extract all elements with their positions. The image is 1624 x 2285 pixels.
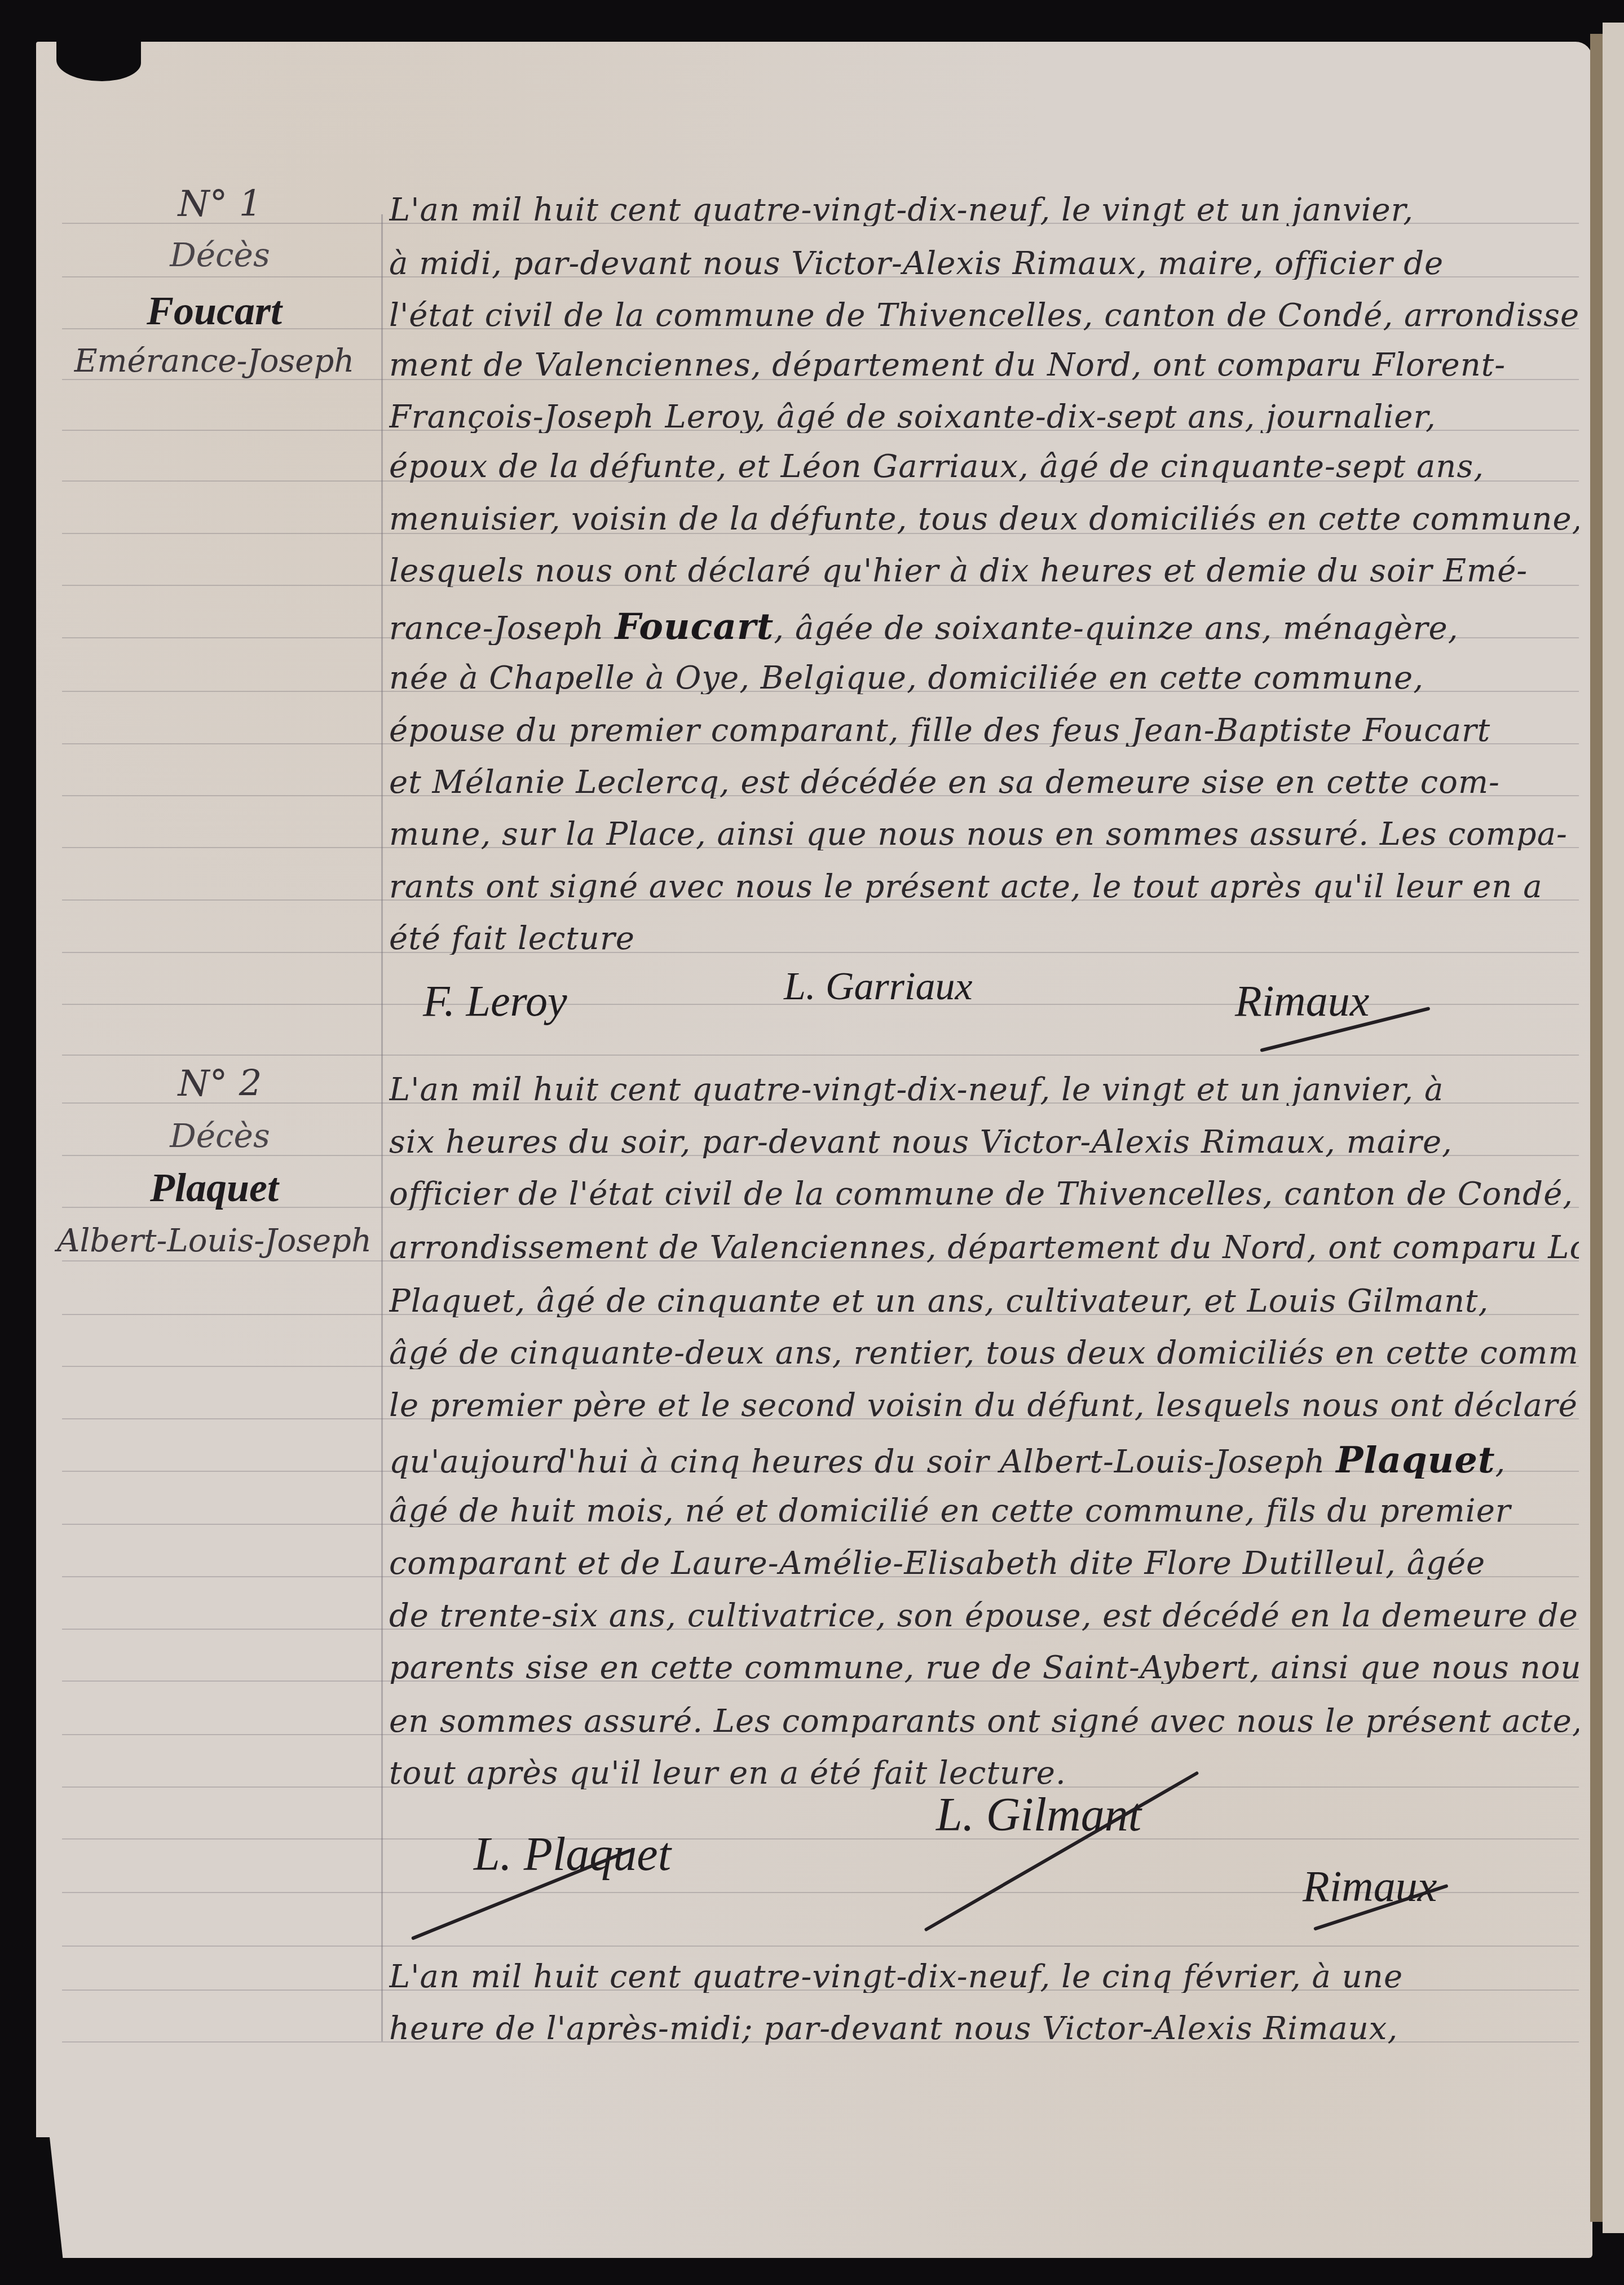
entry-1-line: née à Chapelle à Oye, Belgique, domicili… bbox=[389, 663, 1579, 694]
entry-1-line: menuisier, voisin de la défunte, tous de… bbox=[389, 504, 1579, 535]
entry-1-surname: Foucart bbox=[90, 288, 338, 334]
entry-2-line: six heures du soir, par-devant nous Vict… bbox=[389, 1127, 1579, 1158]
entry-2-surname: Plaquet bbox=[90, 1164, 338, 1211]
entry-2-line: âgé de huit mois, né et domicilié en cet… bbox=[389, 1496, 1579, 1527]
signature-rimaux: Rimaux bbox=[1235, 976, 1369, 1026]
entry-2-line: tout après qu'il leur en a été fait lect… bbox=[389, 1758, 1579, 1789]
entry-1-given-names: Emérance-Joseph bbox=[56, 343, 372, 380]
entry-1-line: lesquels nous ont déclaré qu'hier à dix … bbox=[389, 555, 1579, 587]
entry-3-line: L'an mil huit cent quatre-vingt-dix-neuf… bbox=[389, 1961, 1579, 1993]
entry-2-line: L'an mil huit cent quatre-vingt-dix-neuf… bbox=[389, 1074, 1579, 1106]
entry-2-line: en sommes assuré. Les comparants ont sig… bbox=[389, 1706, 1579, 1737]
signature-garriaux: L. Garriaux bbox=[784, 964, 972, 1009]
entry-2-line: Plaquet, âgé de cinquante et un ans, cul… bbox=[389, 1286, 1579, 1317]
signature-leroy: F. Leroy bbox=[423, 976, 567, 1026]
line-text: rance-Joseph bbox=[389, 610, 615, 645]
entry-1-line: époux de la défunte, et Léon Garriaux, â… bbox=[389, 451, 1579, 483]
entry-1-line: mune, sur la Place, ainsi que nous nous … bbox=[389, 819, 1579, 850]
entry-1-number: N° 1 bbox=[135, 183, 304, 225]
ruled-line bbox=[62, 1946, 1579, 1947]
signature-gilmant: L. Gilmant bbox=[936, 1788, 1141, 1842]
entry-1-line: été fait lecture bbox=[389, 923, 1579, 955]
inline-surname: Plaquet bbox=[1336, 1443, 1495, 1479]
entry-1-line: épouse du premier comparant, fille des f… bbox=[389, 715, 1579, 747]
entry-2-line: arrondissement de Valenciennes, départem… bbox=[389, 1232, 1579, 1264]
entry-2-line: le premier père et le second voisin du d… bbox=[389, 1390, 1579, 1422]
entry-2-line: âgé de cinquante-deux ans, rentier, tous… bbox=[389, 1338, 1579, 1369]
entry-1-line: L'an mil huit cent quatre-vingt-dix-neuf… bbox=[389, 195, 1579, 226]
entry-1-line: ment de Valenciennes, département du Nor… bbox=[389, 350, 1579, 381]
entry-1-kind: Décès bbox=[135, 236, 304, 274]
entry-1-line-with-surname: rance-Joseph Foucart, âgée de soixante-q… bbox=[389, 609, 1579, 645]
adjacent-page-edge bbox=[1603, 23, 1624, 2233]
entry-2-line-with-surname: qu'aujourd'hui à cinq heures du soir Alb… bbox=[389, 1443, 1579, 1479]
signature-rimaux: Rimaux bbox=[1303, 1861, 1437, 1912]
entry-2-line: comparant et de Laure-Amélie-Elisabeth d… bbox=[389, 1548, 1579, 1580]
binding-gutter bbox=[1590, 34, 1603, 2222]
inline-surname: Foucart bbox=[615, 609, 774, 645]
entry-2-kind: Décès bbox=[135, 1117, 304, 1155]
line-text: , bbox=[1495, 1444, 1506, 1479]
entry-2-given-names: Albert-Louis-Joseph bbox=[56, 1223, 372, 1259]
line-text: qu'aujourd'hui à cinq heures du soir Alb… bbox=[389, 1444, 1336, 1479]
ruled-line bbox=[62, 1055, 1579, 1056]
entry-2-number: N° 2 bbox=[135, 1063, 304, 1105]
entry-2-line: de trente-six ans, cultivatrice, son épo… bbox=[389, 1600, 1579, 1632]
entry-1-line: et Mélanie Leclercq, est décédée en sa d… bbox=[389, 767, 1579, 799]
entry-1-line: rants ont signé avec nous le présent act… bbox=[389, 871, 1579, 903]
entry-3-line: heure de l'après-midi; par-devant nous V… bbox=[389, 2013, 1579, 2045]
entry-2-line: officier de l'état civil de la commune d… bbox=[389, 1179, 1579, 1210]
entry-2-line: parents sise en cette commune, rue de Sa… bbox=[389, 1652, 1579, 1684]
line-text: , âgée de soixante-quinze ans, ménagère, bbox=[774, 610, 1458, 645]
ruled-line bbox=[62, 1838, 1579, 1840]
entry-1-line: François-Joseph Leroy, âgé de soixante-d… bbox=[389, 402, 1579, 433]
entry-1-line: l'état civil de la commune de Thivencell… bbox=[389, 300, 1579, 332]
entry-1-line: à midi, par-devant nous Victor-Alexis Ri… bbox=[389, 248, 1579, 280]
margin-rule bbox=[381, 214, 383, 2041]
